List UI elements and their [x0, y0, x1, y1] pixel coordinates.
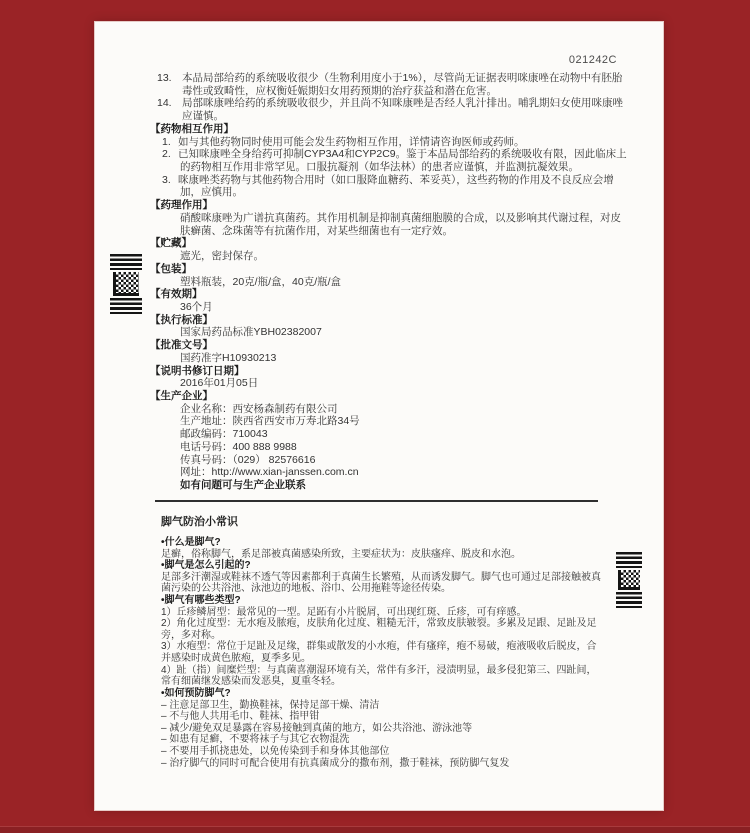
- line-text: 3）水疱型：常位于足趾及足缘，群集或散发的小水疱，伴有瘙痒，疱不易破，疱液吸收后…: [161, 641, 597, 652]
- foot-care-tips-section: •什么是脚气?足癣，俗称脚气，系足部被真菌感染所致，主要症状为：皮肤瘙痒、脱皮和…: [161, 537, 663, 769]
- text-line: 生产地址：陕西省西安市万寿北路34号: [95, 415, 663, 428]
- list-number: 1.: [162, 136, 171, 149]
- line-text: 电话号码：400 888 9988: [180, 441, 297, 453]
- line-text: •什么是脚气?: [161, 537, 221, 548]
- text-line: 1）丘疹鳞屑型：最常见的一型。足跖有小片脱屑，可出现红斑、丘疹，可有痒感。: [161, 607, 663, 619]
- line-text: •脚气是怎么引起的?: [161, 560, 251, 571]
- line-text: 2016年01月05日: [180, 377, 258, 389]
- line-text: – 不要用手抓挠患处，以免传染到手和身体其他部位: [161, 746, 389, 757]
- text-line: 网址：http://www.xian-janssen.com.cn: [95, 466, 663, 479]
- barcode-bars-icon: [110, 298, 142, 314]
- text-line: 国家局药品标准YBH02382007: [95, 326, 663, 339]
- line-text: 常有细菌继发感染而发恶臭，夏重冬轻。: [161, 676, 341, 687]
- text-line: 2）角化过度型：无水疱及脓疱，皮肤角化过度、粗糙无汗，常致皮肤皲裂。多累及足跟、…: [161, 618, 663, 630]
- line-text: 如有问题可与生产企业联系: [180, 479, 306, 491]
- line-text: – 减少/避免双足暴露在容易接触到真菌的地方，如公共浴池、游泳池等: [161, 723, 472, 734]
- text-line: 遮光，密封保存。: [95, 250, 663, 263]
- list-number: 2.: [162, 148, 171, 161]
- list-number: 13.: [157, 72, 172, 85]
- datamatrix-icon: [113, 272, 138, 296]
- text-line: 加，应慎用。: [95, 186, 663, 199]
- line-text: 2）角化过度型：无水疱及脓疱，皮肤角化过度、粗糙无汗，常致皮肤皲裂。多累及足跟、…: [161, 618, 597, 629]
- line-text: 遮光，密封保存。: [180, 250, 264, 262]
- line-text: 传真号码：（029） 82576616: [180, 454, 315, 466]
- text-line: 13.本品局部给药的系统吸收很少（生物利用度小于1%），尽管尚无证据表明咪康唑在…: [95, 72, 663, 85]
- text-line: – 注意足部卫生，勤换鞋袜，保持足部干燥、清洁: [161, 700, 663, 712]
- line-text: – 治疗脚气的同时可配合使用有抗真菌成分的撒布剂，撒于鞋袜，预防脚气复发: [161, 758, 509, 769]
- line-text: 1）丘疹鳞屑型：最常见的一型。足跖有小片脱屑，可出现红斑、丘疹，可有痒感。: [161, 607, 527, 618]
- text-line: 硝酸咪康唑为广谱抗真菌药。其作用机制是抑制真菌细胞膜的合成，以及影响其代谢过程，…: [95, 212, 663, 225]
- text-line: 1.如与其他药物同时使用可能会发生药物相互作用，详情请咨询医师或药师。: [95, 136, 663, 149]
- text-line: 14.局部咪康唑给药的系统吸收很少，并且尚不知咪康唑是否经人乳汁排出。哺乳期妇女…: [95, 97, 663, 110]
- line-text: 4）趾（指）间糜烂型：与真菌喜潮湿环境有关，常伴有多汗，浸渍明显，最多侵犯第三、…: [161, 665, 597, 676]
- line-text: 【贮藏】: [150, 237, 192, 249]
- line-text: 如与其他药物同时使用可能会发生药物相互作用，详情请咨询医师或药师。: [178, 136, 525, 148]
- text-line: 电话号码：400 888 9988: [95, 441, 663, 454]
- text-line: 【药理作用】: [95, 199, 663, 212]
- line-text: 旁，多对称。: [161, 630, 221, 641]
- stacked-barcode-right: [616, 552, 642, 608]
- text-line: 4）趾（指）间糜烂型：与真菌喜潮湿环境有关，常伴有多汗，浸渍明显，最多侵犯第三、…: [161, 665, 663, 677]
- text-line: 塑料瓶装，20克/瓶/盒，40克/瓶/盒: [95, 276, 663, 289]
- line-text: 塑料瓶装，20克/瓶/盒，40克/瓶/盒: [180, 276, 341, 288]
- line-text: 【药物相互作用】: [150, 123, 234, 135]
- text-line: 【批准文号】: [95, 339, 663, 352]
- text-line: •脚气是怎么引起的?: [161, 560, 663, 572]
- text-line: – 减少/避免双足暴露在容易接触到真菌的地方，如公共浴池、游泳池等: [161, 723, 663, 735]
- text-line: 【执行标准】: [95, 314, 663, 327]
- section-divider: [155, 500, 598, 502]
- text-line: 国药准字H10930213: [95, 352, 663, 365]
- line-text: 国药准字H10930213: [180, 352, 276, 364]
- text-line: •如何预防脚气?: [161, 688, 663, 700]
- list-number: 3.: [162, 174, 171, 187]
- text-line: 2.已知咪康唑全身给药可抑制CYP3A4和CYP2C9。鉴于本品局部给药的系统吸…: [95, 148, 663, 161]
- text-line: •脚气有哪些类型?: [161, 595, 663, 607]
- document-code: 021242C: [569, 54, 617, 66]
- text-line: – 不与他人共用毛巾、鞋袜、指甲钳: [161, 711, 663, 723]
- line-text: – 注意足部卫生，勤换鞋袜，保持足部干燥、清洁: [161, 700, 379, 711]
- text-line: 的药物相互作用非常罕见。口服抗凝剂（如华法林）的患者应谨慎，并监测抗凝效果。: [95, 161, 663, 174]
- stacked-barcode-left: [110, 254, 142, 314]
- line-text: – 不与他人共用毛巾、鞋袜、指甲钳: [161, 711, 319, 722]
- text-line: 【贮藏】: [95, 237, 663, 250]
- text-line: 【药物相互作用】: [95, 123, 663, 136]
- line-text: 菌污染的公共浴池、泳池边的地板、浴巾、公用拖鞋等途径传染。: [161, 583, 451, 594]
- section-title: 脚气防治小常识: [161, 513, 238, 529]
- text-line: 毒性或致畸性，应权衡妊娠期妇女用药预期的治疗获益和潜在危害。: [95, 85, 663, 98]
- text-line: 【说明书修订日期】: [95, 365, 663, 378]
- text-line: 【包装】: [95, 263, 663, 276]
- line-text: 【包装】: [150, 263, 192, 275]
- barcode-bars-icon: [616, 552, 642, 568]
- line-text: 咪康唑类药物与其他药物合用时（如口服降血糖药、苯妥英），这些药物的作用及不良反应…: [178, 174, 614, 186]
- list-number: 14.: [157, 97, 172, 110]
- text-line: – 治疗脚气的同时可配合使用有抗真菌成分的撒布剂，撒于鞋袜，预防脚气复发: [161, 758, 663, 770]
- line-text: •脚气有哪些类型?: [161, 595, 241, 606]
- text-line: 3.咪康唑类药物与其他药物合用时（如口服降血糖药、苯妥英），这些药物的作用及不良…: [95, 174, 663, 187]
- text-line: 菌污染的公共浴池、泳池边的地板、浴巾、公用拖鞋等途径传染。: [161, 583, 663, 595]
- line-text: 已知咪康唑全身给药可抑制CYP3A4和CYP2C9。鉴于本品局部给药的系统吸收有…: [178, 148, 627, 160]
- text-line: 肤癣菌、念珠菌等有抗菌作用，对某些细菌也有一定疗效。: [95, 225, 663, 238]
- line-text: 【批准文号】: [150, 339, 213, 351]
- text-line: 足部多汗潮湿或鞋袜不透气等因素都利于真菌生长繁殖，从而诱发脚气。脚气也可通过足部…: [161, 572, 663, 584]
- line-text: 足癣，俗称脚气，系足部被真菌感染所致，主要症状为：皮肤瘙痒、脱皮和水泡。: [161, 549, 521, 560]
- photo-background: { "colors": { "background_red": "#9A2326…: [0, 0, 750, 833]
- line-text: 【执行标准】: [150, 314, 213, 326]
- line-text: 【药理作用】: [150, 199, 213, 211]
- line-text: 应谨慎。: [182, 110, 224, 122]
- line-text: – 如患有足癣，不要将袜子与其它衣物混洗: [161, 734, 349, 745]
- text-line: 【生产企业】: [95, 390, 663, 403]
- text-line: 3）水疱型：常位于足趾及足缘，群集或散发的小水疱，伴有瘙痒，疱不易破，疱液吸收后…: [161, 641, 663, 653]
- barcode-bars-icon: [616, 592, 642, 608]
- leaflet-page: 021242C 13.本品局部给药的系统吸收很少（生物利用度小于1%），尽管尚无…: [95, 22, 663, 810]
- line-text: 肤癣菌、念珠菌等有抗菌作用，对某些细菌也有一定疗效。: [180, 225, 453, 237]
- line-text: 并感染时成黄色脓疱，夏季多见。: [161, 653, 311, 664]
- line-text: 36个月: [180, 301, 213, 313]
- line-text: 的药物相互作用非常罕见。口服抗凝剂（如华法林）的患者应谨慎，并监测抗凝效果。: [180, 161, 579, 173]
- line-text: 本品局部给药的系统吸收很少（生物利用度小于1%），尽管尚无证据表明咪康唑在动物中…: [182, 72, 622, 84]
- text-line: 并感染时成黄色脓疱，夏季多见。: [161, 653, 663, 665]
- line-text: 企业名称：西安杨森制药有限公司: [180, 403, 338, 415]
- line-text: 加，应慎用。: [180, 186, 243, 198]
- text-line: 36个月: [95, 301, 663, 314]
- text-line: – 不要用手抓挠患处，以免传染到手和身体其他部位: [161, 746, 663, 758]
- line-text: 局部咪康唑给药的系统吸收很少，并且尚不知咪康唑是否经人乳汁排出。哺乳期妇女使用咪…: [182, 97, 623, 109]
- line-text: 硝酸咪康唑为广谱抗真菌药。其作用机制是抑制真菌细胞膜的合成，以及影响其代谢过程，…: [180, 212, 621, 224]
- text-line: 企业名称：西安杨森制药有限公司: [95, 403, 663, 416]
- text-line: 常有细菌继发感染而发恶臭，夏重冬轻。: [161, 676, 663, 688]
- line-text: 【有效期】: [150, 288, 203, 300]
- line-text: 邮政编码：710043: [180, 428, 268, 440]
- line-text: 网址：http://www.xian-janssen.com.cn: [180, 466, 359, 478]
- text-line: 2016年01月05日: [95, 377, 663, 390]
- text-line: 如有问题可与生产企业联系: [95, 479, 663, 492]
- text-line: 【有效期】: [95, 288, 663, 301]
- text-line: 传真号码：（029） 82576616: [95, 454, 663, 467]
- datamatrix-icon: [618, 570, 639, 590]
- line-text: 足部多汗潮湿或鞋袜不透气等因素都利于真菌生长繁殖，从而诱发脚气。脚气也可通过足部…: [161, 572, 601, 583]
- text-line: 应谨慎。: [95, 110, 663, 123]
- line-text: 生产地址：陕西省西安市万寿北路34号: [180, 415, 360, 427]
- text-line: – 如患有足癣，不要将袜子与其它衣物混洗: [161, 734, 663, 746]
- text-line: 足癣，俗称脚气，系足部被真菌感染所致，主要症状为：皮肤瘙痒、脱皮和水泡。: [161, 549, 663, 561]
- line-text: 毒性或致畸性，应权衡妊娠期妇女用药预期的治疗获益和潜在危害。: [182, 85, 497, 97]
- text-line: 旁，多对称。: [161, 630, 663, 642]
- drug-information-section: 13.本品局部给药的系统吸收很少（生物利用度小于1%），尽管尚无证据表明咪康唑在…: [95, 72, 663, 492]
- photo-bottom-edge: [0, 826, 750, 833]
- barcode-bars-icon: [110, 254, 142, 270]
- line-text: 【生产企业】: [150, 390, 213, 402]
- line-text: 国家局药品标准YBH02382007: [180, 326, 322, 338]
- line-text: •如何预防脚气?: [161, 688, 231, 699]
- text-line: 邮政编码：710043: [95, 428, 663, 441]
- line-text: 【说明书修订日期】: [150, 365, 245, 377]
- text-line: •什么是脚气?: [161, 537, 663, 549]
